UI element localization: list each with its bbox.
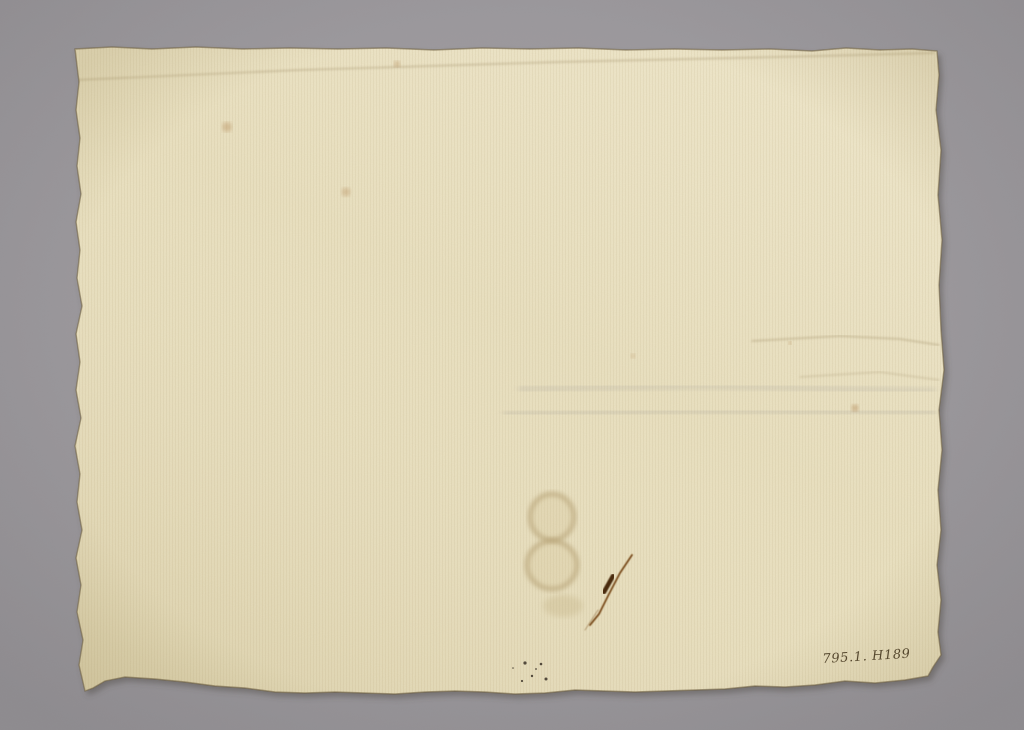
photograph-of-paper-verso: 795.1. H189 (0, 0, 1024, 730)
paper-vignette (75, 47, 944, 694)
photo-canvas (0, 0, 1024, 730)
paper-sheet-group (75, 47, 944, 694)
